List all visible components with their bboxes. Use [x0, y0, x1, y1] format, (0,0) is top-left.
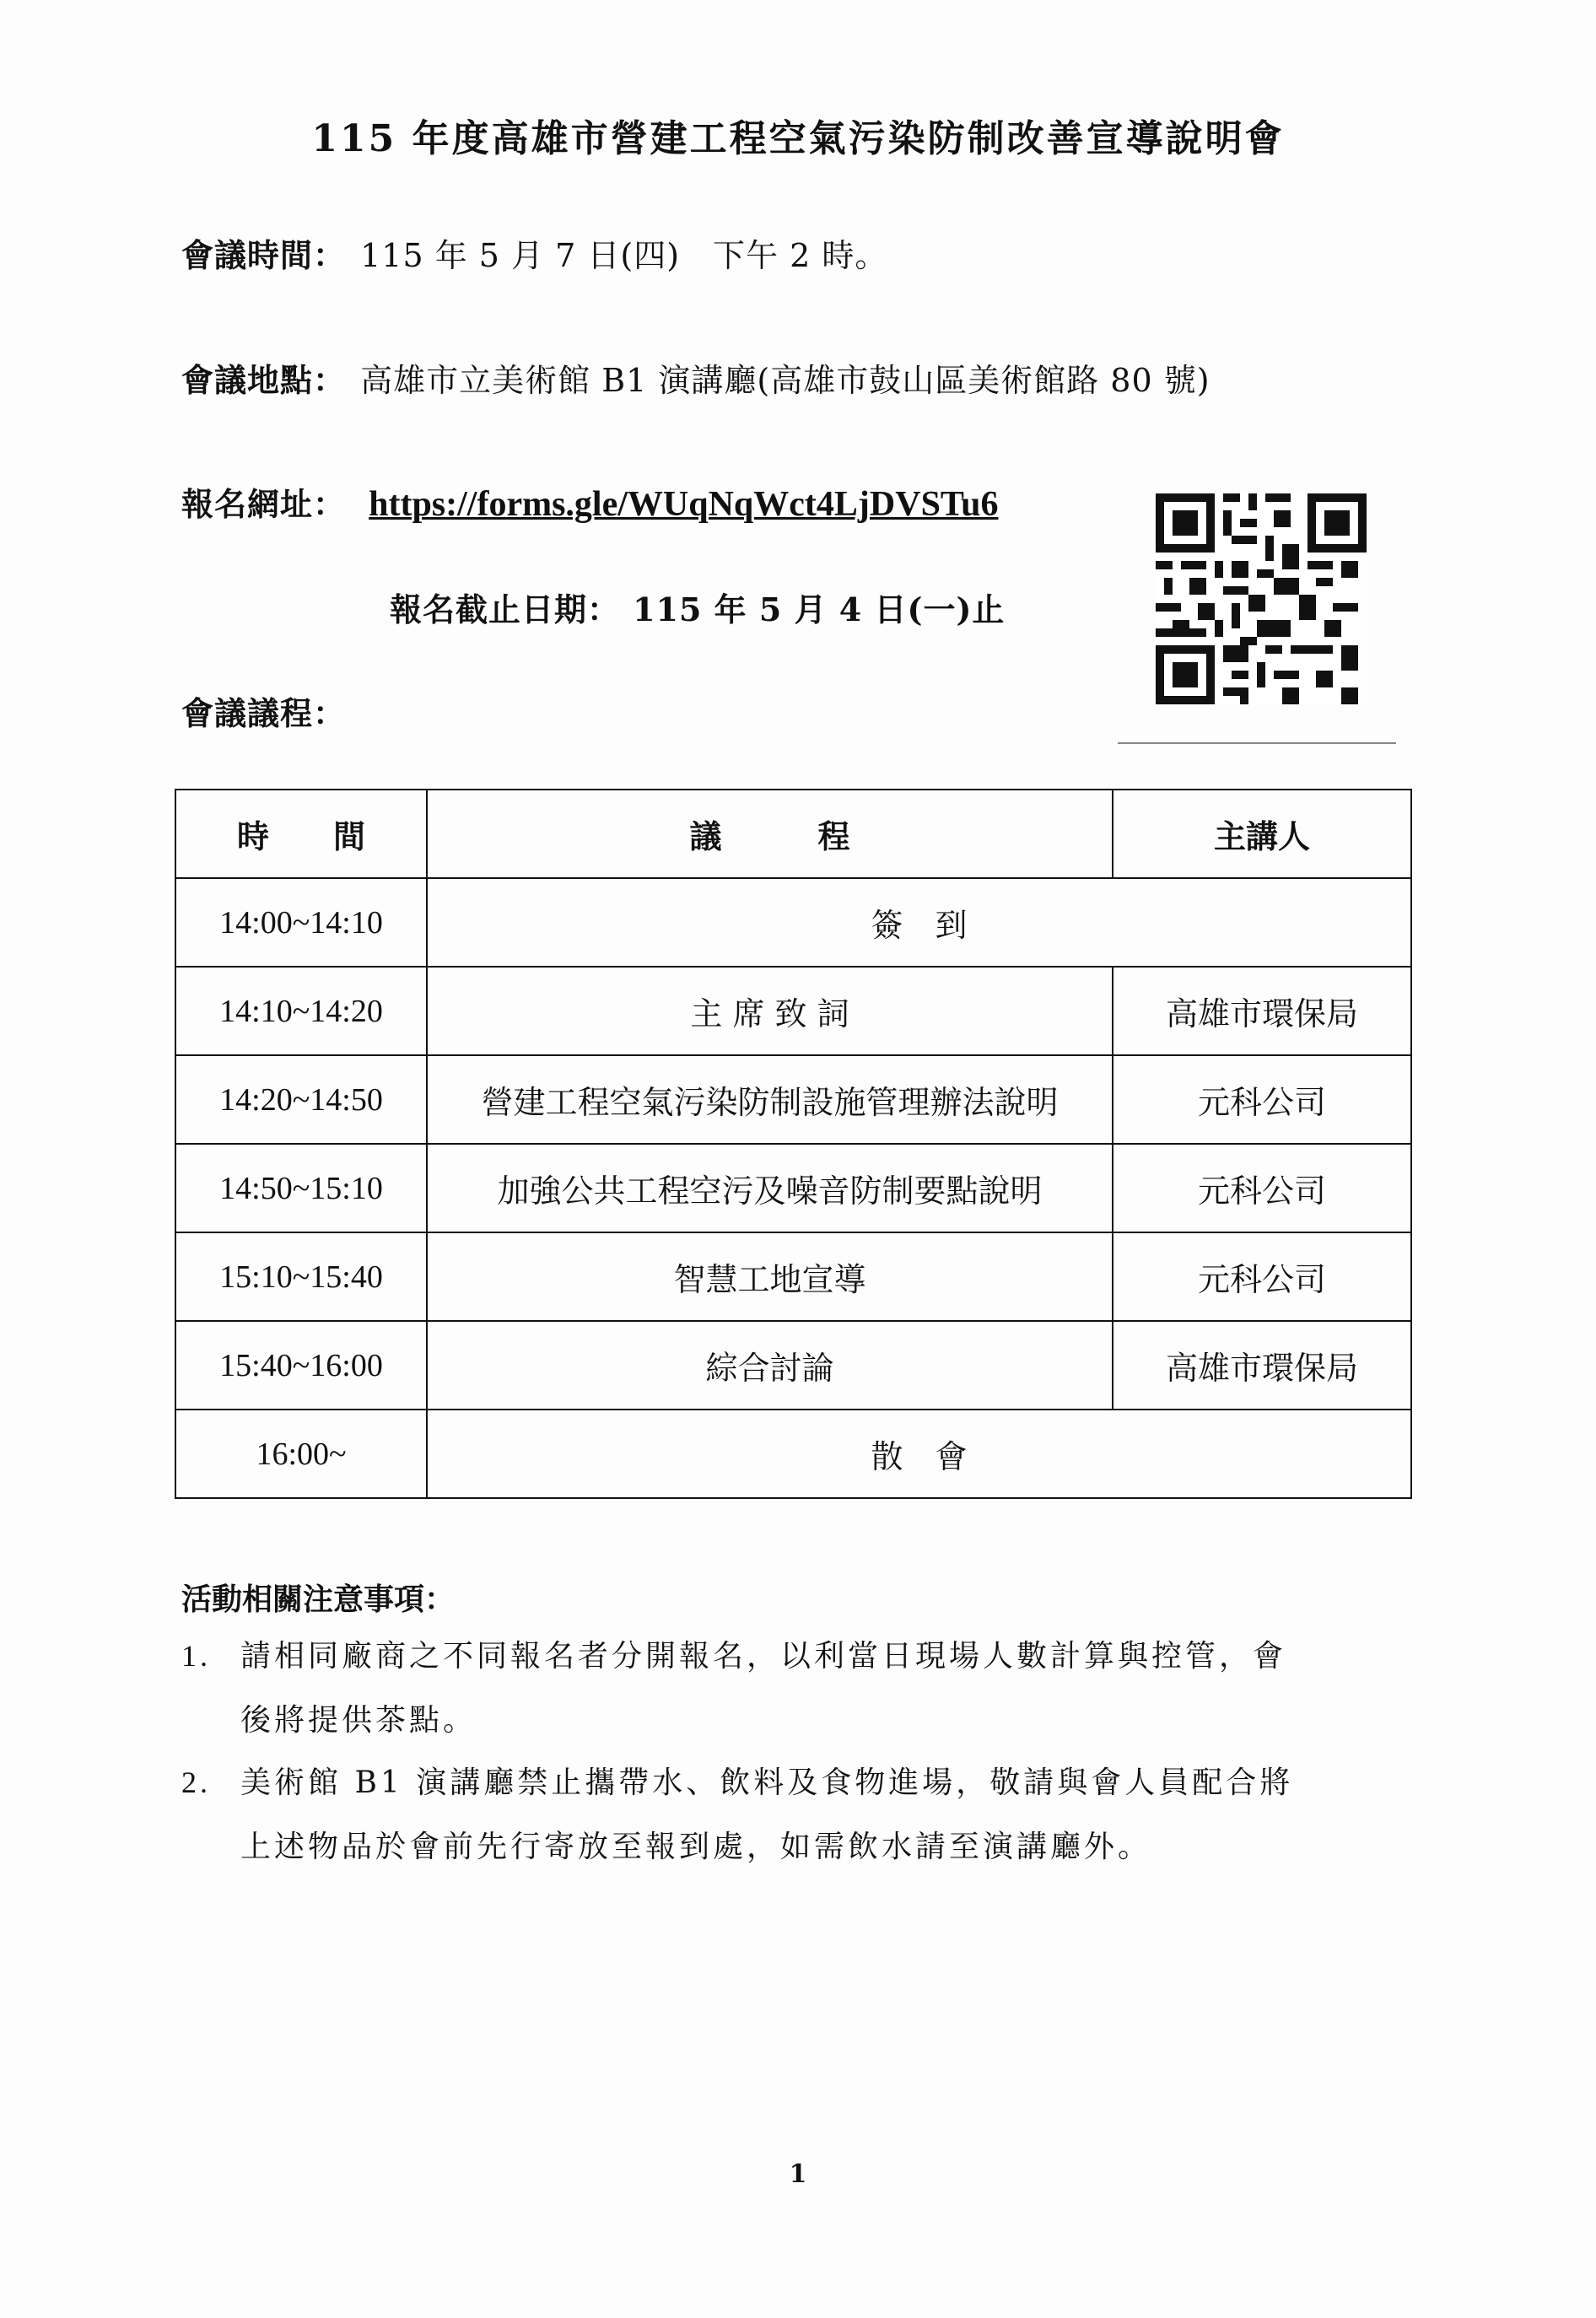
note-number: 2. — [181, 1750, 240, 1814]
table-row: 15:10~15:40 智慧工地宣導 元科公司 — [175, 1232, 1411, 1321]
row-speaker: 高雄市環保局 — [1113, 967, 1411, 1055]
agenda-table: 時 間 議 程 主講人 14:00~14:10 簽 到 14:10~14:20 … — [175, 789, 1412, 1499]
registration-url-label: 報名網址： — [181, 485, 346, 523]
table-row: 14:50~15:10 加強公共工程空污及噪音防制要點說明 元科公司 — [175, 1144, 1411, 1232]
meeting-time-row: 會議時間： 115 年 5 月 7 日(四) 下午 2 時。 — [181, 229, 887, 276]
qr-code[interactable] — [1118, 472, 1396, 744]
table-row: 14:20~14:50 營建工程空氣污染防制設施管理辦法說明 元科公司 — [175, 1055, 1411, 1144]
meeting-place-value: 高雄市立美術館 B1 演講廳(高雄市鼓山區美術館路 80 號) — [360, 362, 1210, 399]
note-item: 1.請相同廠商之不同報名者分開報名，以利當日現場人數計算與控管，會 後將提供茶點… — [181, 1624, 1413, 1753]
note-line: 請相同廠商之不同報名者分開報名，以利當日現場人數計算與控管，會 — [240, 1639, 1286, 1674]
registration-deadline-value: 115 年 5 月 4 日(一)止 — [633, 590, 1005, 628]
registration-deadline-label: 報名截止日期： — [390, 590, 620, 628]
qr-code-icon — [1156, 489, 1367, 709]
registration-url-link[interactable]: https://forms.gle/WUqNqWct4LjDVSTu6 — [369, 485, 998, 524]
row-time: 14:00~14:10 — [175, 878, 427, 967]
meeting-time-value: 115 年 5 月 7 日(四) 下午 2 時。 — [360, 237, 887, 274]
page-number: 1 — [0, 2159, 1596, 2189]
row-time: 15:40~16:00 — [175, 1321, 427, 1410]
document-title: 115 年度高雄市營建工程空氣污染防制改善宣導說明會 — [0, 108, 1596, 162]
note-line: 美術館 B1 演講廳禁止攜帶水、飲料及食物進場，敬請與會人員配合將 — [240, 1765, 1293, 1800]
row-speaker: 元科公司 — [1113, 1144, 1411, 1232]
table-row: 15:40~16:00 綜合討論 高雄市環保局 — [175, 1321, 1411, 1410]
note-line: 上述物品於會前先行寄放至報到處，如需飲水請至演講廳外。 — [181, 1815, 1413, 1879]
note-number: 1. — [181, 1624, 240, 1688]
meeting-time-label: 會議時間： — [181, 236, 346, 274]
row-item: 主 席 致 詞 — [427, 967, 1113, 1055]
row-time: 14:20~14:50 — [175, 1055, 427, 1144]
table-row: 14:10~14:20 主 席 致 詞 高雄市環保局 — [175, 967, 1411, 1055]
row-item: 加強公共工程空污及噪音防制要點說明 — [427, 1144, 1113, 1232]
registration-deadline-row: 報名截止日期： 115 年 5 月 4 日(一)止 — [390, 584, 1005, 630]
table-header-row: 時 間 議 程 主講人 — [175, 790, 1411, 878]
note-item: 2.美術館 B1 演講廳禁止攜帶水、飲料及食物進場，敬請與會人員配合將 上述物品… — [181, 1750, 1413, 1879]
row-time: 15:10~15:40 — [175, 1232, 427, 1321]
agenda-label: 會議議程： — [181, 687, 346, 734]
table-row: 14:00~14:10 簽 到 — [175, 878, 1411, 967]
row-time: 16:00~ — [175, 1410, 427, 1498]
row-speaker: 元科公司 — [1113, 1232, 1411, 1321]
row-speaker: 元科公司 — [1113, 1055, 1411, 1144]
row-item: 散 會 — [427, 1410, 1411, 1498]
row-item: 營建工程空氣污染防制設施管理辦法說明 — [427, 1055, 1113, 1144]
registration-url-row: 報名網址： https://forms.gle/WUqNqWct4LjDVSTu… — [181, 478, 998, 525]
note-line: 後將提供茶點。 — [181, 1689, 1413, 1753]
meeting-place-label: 會議地點： — [181, 361, 346, 399]
header-speaker: 主講人 — [1113, 790, 1411, 878]
row-speaker: 高雄市環保局 — [1113, 1321, 1411, 1410]
row-time: 14:50~15:10 — [175, 1144, 427, 1232]
row-item: 智慧工地宣導 — [427, 1232, 1113, 1321]
row-item: 綜合討論 — [427, 1321, 1113, 1410]
header-agenda: 議 程 — [427, 790, 1113, 878]
meeting-place-row: 會議地點： 高雄市立美術館 B1 演講廳(高雄市鼓山區美術館路 80 號) — [181, 354, 1210, 401]
row-time: 14:10~14:20 — [175, 967, 427, 1055]
notes-title: 活動相關注意事項： — [181, 1576, 455, 1619]
row-item: 簽 到 — [427, 878, 1411, 967]
table-row: 16:00~ 散 會 — [175, 1410, 1411, 1498]
header-time: 時 間 — [175, 790, 427, 878]
